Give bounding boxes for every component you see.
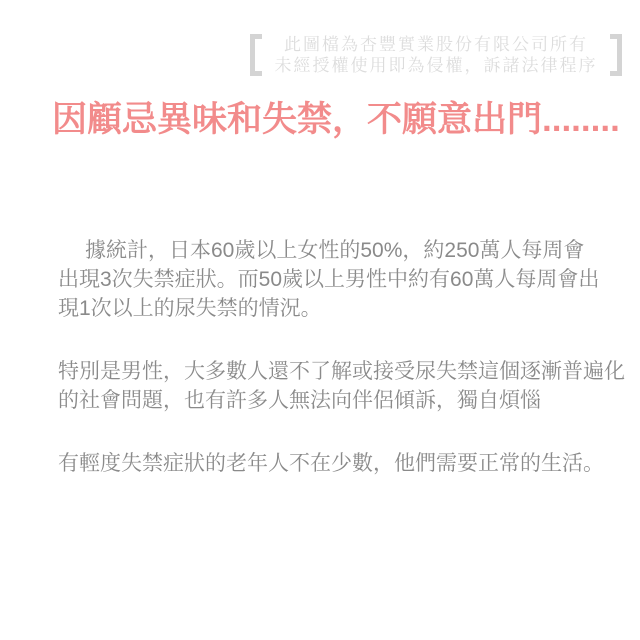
- text-line: 出現3次失禁症狀。而50歲以上男性中約有60萬人每周會出: [58, 265, 600, 294]
- paragraph-statistics: 據統計，日本60歲以上女性的50%，約250萬人每周會 出現3次失禁症狀。而50…: [58, 236, 600, 323]
- copyright-watermark: 此圖檔為杏豐實業股份有限公司所有 未經授權使用即為侵權，訴諸法律程序: [250, 34, 622, 76]
- left-bracket-icon: [250, 34, 262, 76]
- page: 此圖檔為杏豐實業股份有限公司所有 未經授權使用即為侵權，訴諸法律程序 因顧忌異味…: [0, 0, 640, 640]
- page-title: 因顧忌異味和失禁，不願意出門........: [52, 96, 620, 144]
- paragraph-men-awareness: 特別是男性，大多數人還不了解或接受尿失禁這個逐漸普遍化 的社會問題，也有許多人無…: [58, 357, 600, 415]
- text-line: 特別是男性，大多數人還不了解或接受尿失禁這個逐漸普遍化: [58, 357, 600, 386]
- text-line: 有輕度失禁症狀的老年人不在少數，他們需要正常的生活。: [58, 449, 600, 478]
- right-bracket-icon: [610, 34, 622, 76]
- text-line: 據統計，日本60歲以上女性的50%，約250萬人每周會: [58, 236, 600, 265]
- paragraph-elderly-life: 有輕度失禁症狀的老年人不在少數，他們需要正常的生活。: [58, 449, 600, 478]
- body-text: 據統計，日本60歲以上女性的50%，約250萬人每周會 出現3次失禁症狀。而50…: [58, 236, 600, 512]
- text-line: 現1次以上的尿失禁的情況。: [58, 294, 600, 323]
- watermark-line-2: 未經授權使用即為侵權，訴諸法律程序: [268, 55, 604, 76]
- watermark-text: 此圖檔為杏豐實業股份有限公司所有 未經授權使用即為侵權，訴諸法律程序: [262, 34, 610, 76]
- text-line: 的社會問題，也有許多人無法向伴侶傾訴，獨自煩惱: [58, 386, 600, 415]
- watermark-line-1: 此圖檔為杏豐實業股份有限公司所有: [268, 34, 604, 55]
